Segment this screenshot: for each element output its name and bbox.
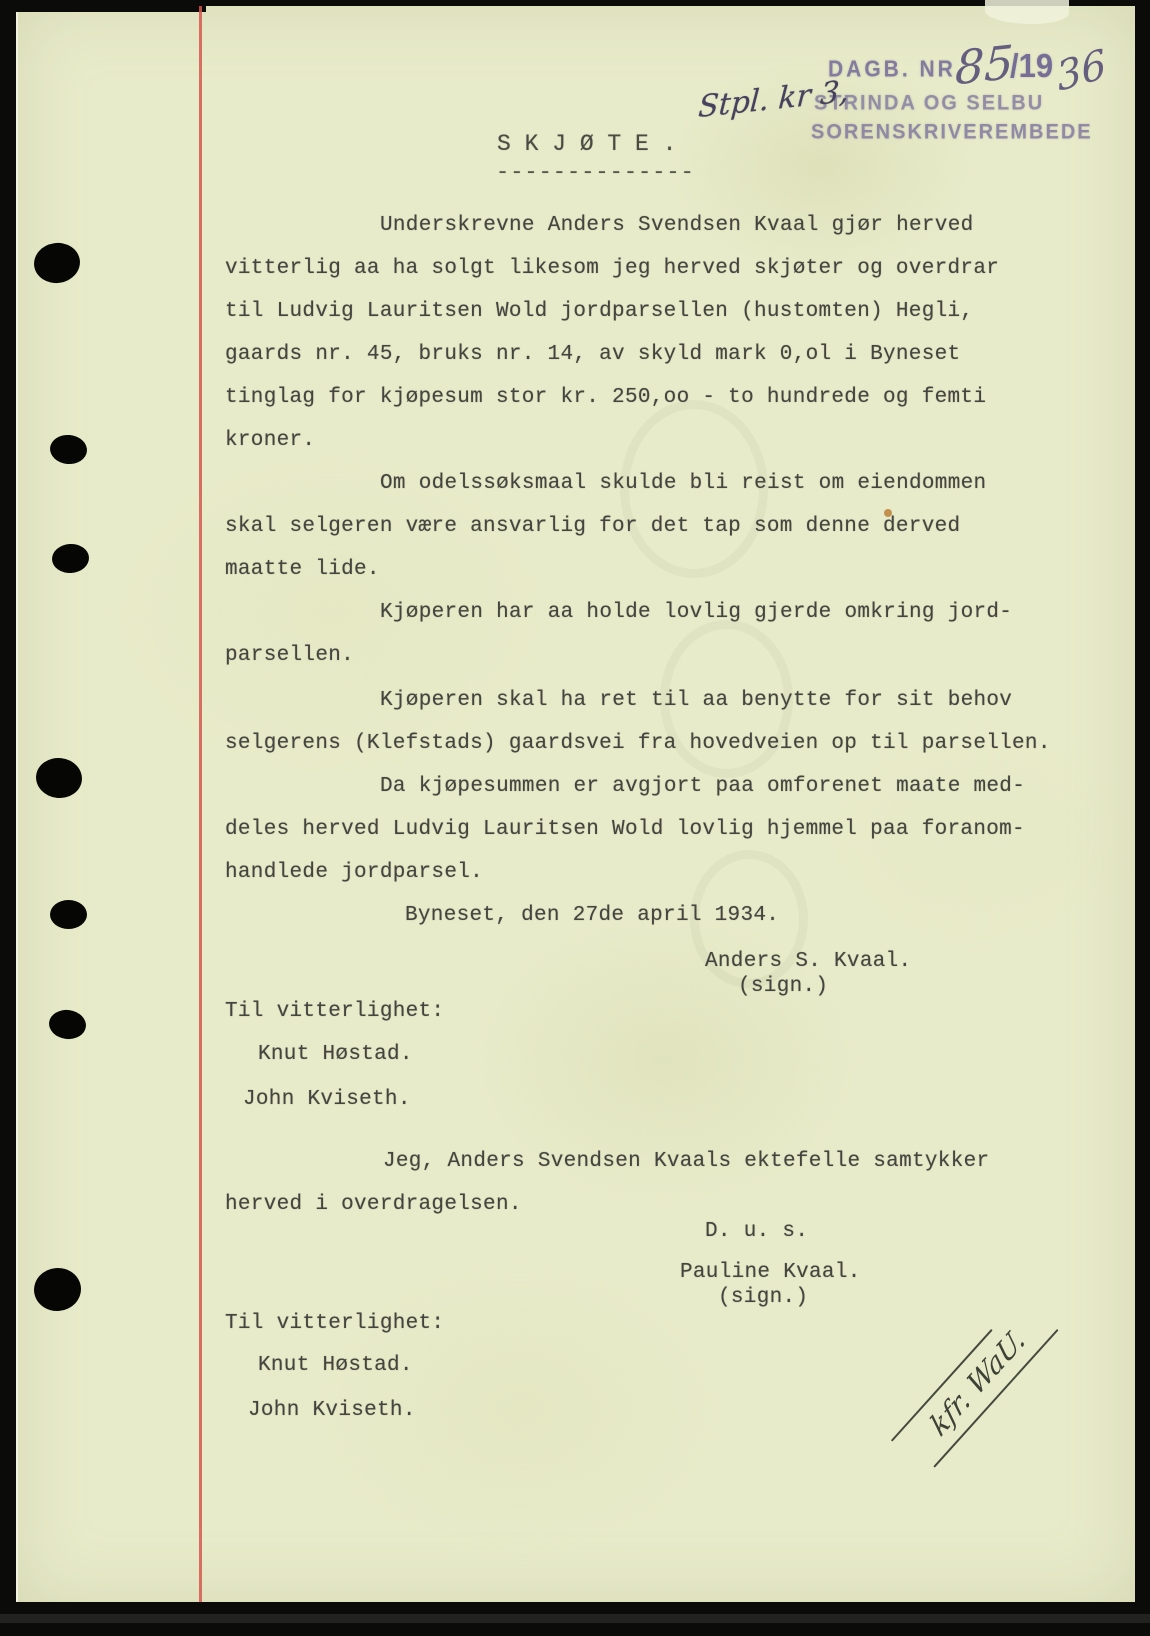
- document-line: Pauline Kvaal.: [680, 1261, 861, 1284]
- punch-hole: [50, 900, 87, 929]
- scanned-document-page: { "stamp": { "dagb_label": "DAGB. NR.", …: [0, 0, 1150, 1636]
- document-line: Kjøperen skal ha ret til aa benytte for …: [380, 689, 1012, 712]
- stamp-office-line2: SORENSKRIVEREMBEDE: [811, 120, 1093, 145]
- document-line: vitterlig aa ha solgt likesom jeg herved…: [225, 257, 999, 280]
- signature-text: kfr. WaU.: [924, 1321, 1030, 1444]
- document-line: Anders S. Kvaal.: [705, 950, 911, 973]
- document-line: Til vitterlighet:: [225, 1312, 444, 1335]
- handwritten-dagb-number: 85: [954, 35, 1014, 96]
- document-line: Knut Høstad.: [258, 1043, 413, 1066]
- document-line: D. u. s.: [705, 1220, 808, 1243]
- document-line: John Kviseth.: [248, 1399, 416, 1422]
- document-line: Underskrevne Anders Svendsen Kvaal gjør …: [380, 214, 974, 237]
- document-line: parsellen.: [225, 644, 354, 667]
- document-title: S K J Ø T E .: [497, 131, 676, 157]
- document-line: Knut Høstad.: [258, 1354, 413, 1377]
- document-line: Jeg, Anders Svendsen Kvaals ektefelle sa…: [383, 1150, 989, 1173]
- document-line: maatte lide.: [225, 558, 380, 581]
- document-line: Om odelssøksmaal skulde bli reist om eie…: [380, 472, 986, 495]
- document-line: John Kviseth.: [243, 1088, 411, 1111]
- document-line: til Ludvig Lauritsen Wold jordparsellen …: [225, 300, 973, 323]
- scan-edge-top: [0, 0, 206, 12]
- document-line: (sign.): [738, 975, 828, 998]
- document-line: selgerens (Klefstads) gaardsvei fra hove…: [225, 732, 1051, 755]
- stamp-year-prefix: /19: [1010, 47, 1053, 86]
- document-line: gaards nr. 45, bruks nr. 14, av skyld ma…: [225, 343, 960, 366]
- document-line: skal selgeren være ansvarlig for det tap…: [225, 515, 960, 538]
- document-line: Til vitterlighet:: [225, 1000, 444, 1023]
- document-line: (sign.): [718, 1286, 808, 1309]
- document-line: kroner.: [225, 429, 315, 452]
- document-line: Kjøperen har aa holde lovlig gjerde omkr…: [380, 601, 1012, 624]
- document-line: deles herved Ludvig Lauritsen Wold lovli…: [225, 818, 1025, 841]
- document-title-underline: --------------: [496, 160, 695, 185]
- document-line: tinglag for kjøpesum stor kr. 250,oo - t…: [225, 386, 986, 409]
- document-line: Byneset, den 27de april 1934.: [405, 904, 779, 927]
- document-line: Da kjøpesummen er avgjort paa omforenet …: [380, 775, 1025, 798]
- document-line: herved i overdragelsen.: [225, 1193, 522, 1216]
- scanner-edge-strip: [0, 1614, 1150, 1623]
- document-line: handlede jordparsel.: [225, 861, 483, 884]
- margin-rule-line: [199, 6, 202, 1602]
